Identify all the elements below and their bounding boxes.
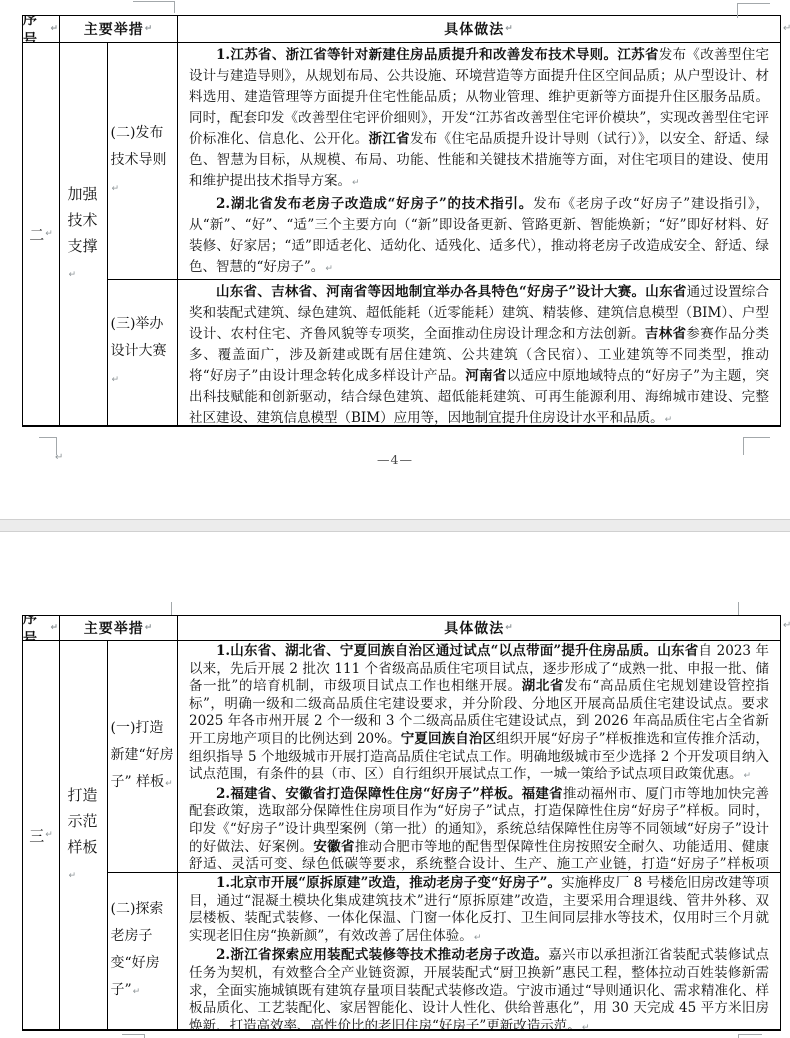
paragraph: 1.江苏省、浙江省等针对新建住房品质提升和改善发布技术导则。江苏省发布《改善型住… (189, 45, 769, 194)
header-detail: 具体做法↵ (178, 16, 780, 43)
corner-mark-bottom-left (39, 437, 57, 455)
header-measure: 主要举措↵ (60, 616, 178, 641)
corner-mark-top-left (133, 1, 175, 13)
paragraph: 2.浙江省探索应用装配式装修等技术推动老房子改造。嘉兴市以承担浙江省装配式装修试… (189, 947, 769, 1029)
document-canvas: 序号↵ 主要举措↵ 具体做法↵ 二↵ 加强技术支撑↵ (二)发布技术导则↵ 1.… (0, 0, 790, 1038)
header-measure: 主要举措↵ (60, 16, 178, 43)
detail-cell: 1.江苏省、浙江省等针对新建住房品质提升和改善发布技术导则。江苏省发布《改善型住… (178, 43, 780, 280)
paragraph-mark: ↵ (783, 23, 790, 34)
paragraph-mark: ↵ (783, 620, 790, 631)
submeasure-text: (一)打造新建“好房子” 样板↵ (111, 715, 175, 798)
measures-table-page2: 序号↵ 主要举措↵ 具体做法↵ 三↵ 打造示范样板↵ (一)打造新建“好房子” … (22, 615, 781, 1031)
corner-mark-bottom-right (743, 437, 770, 455)
header-serial: 序号↵ (23, 616, 60, 641)
corner-mark-bottom-left (122, 1034, 145, 1038)
detail-cell: 1.北京市开展“原拆原建”改造，推动老房子变“好房子”。实施桦皮厂 8 号楼危旧… (178, 873, 780, 1029)
submeasure-label: (二)探索老房子变“好房子”↵ (108, 873, 178, 1029)
measure-cell: 打造示范样板↵ (60, 641, 108, 1029)
page-break-separator (0, 519, 790, 532)
serial-cell: 二↵ (23, 43, 60, 425)
page-number: —4— (0, 452, 790, 467)
paragraph: 1.北京市开展“原拆原建”改造，推动老房子变“好房子”。实施桦皮厂 8 号楼危旧… (189, 875, 769, 947)
header-detail: 具体做法↵ (178, 616, 780, 641)
submeasure-label: (二)发布技术导则↵ (108, 43, 178, 280)
corner-mark-top-right (737, 3, 770, 18)
paragraph: 1.山东省、湖北省、宁夏回族自治区通过试点“以点带面”提升住房品质。山东省自 2… (189, 643, 769, 786)
submeasure-text: (二)探索老房子变“好房子”↵ (111, 896, 175, 1006)
detail-cell: 山东省、吉林省、河南省等因地制宜举办各具特色“好房子”设计大赛。山东省通过设置综… (178, 280, 780, 425)
serial-cell: 三↵ (23, 641, 60, 1029)
measure-text: 加强技术支撑↵ (68, 181, 100, 288)
paragraph: 山东省、吉林省、河南省等因地制宜举办各具特色“好房子”设计大赛。山东省通过设置综… (189, 282, 769, 425)
measure-cell: 加强技术支撑↵ (60, 43, 108, 425)
corner-mark-bottom-right (738, 1034, 762, 1038)
submeasure-text: (三)举办设计大赛↵ (111, 311, 175, 394)
paragraph: 2.湖北省发布老房子改造成“好房子”的技术指引。发布《老房子改“好房子”建设指引… (189, 194, 769, 280)
header-serial: 序号↵ (23, 16, 60, 43)
detail-cell: 1.山东省、湖北省、宁夏回族自治区通过试点“以点带面”提升住房品质。山东省自 2… (178, 641, 780, 873)
paragraph: 2.福建省、安徽省打造保障性住房“好房子”样板。福建省推动福州市、厦门市等地加快… (189, 786, 769, 873)
measures-table-page1: 序号↵ 主要举措↵ 具体做法↵ 二↵ 加强技术支撑↵ (二)发布技术导则↵ 1.… (22, 15, 781, 427)
submeasure-label: (三)举办设计大赛↵ (108, 280, 178, 425)
submeasure-label: (一)打造新建“好房子” 样板↵ (108, 641, 178, 873)
measure-text: 打造示范样板↵ (68, 782, 100, 889)
submeasure-text: (二)发布技术导则↵ (111, 120, 175, 203)
